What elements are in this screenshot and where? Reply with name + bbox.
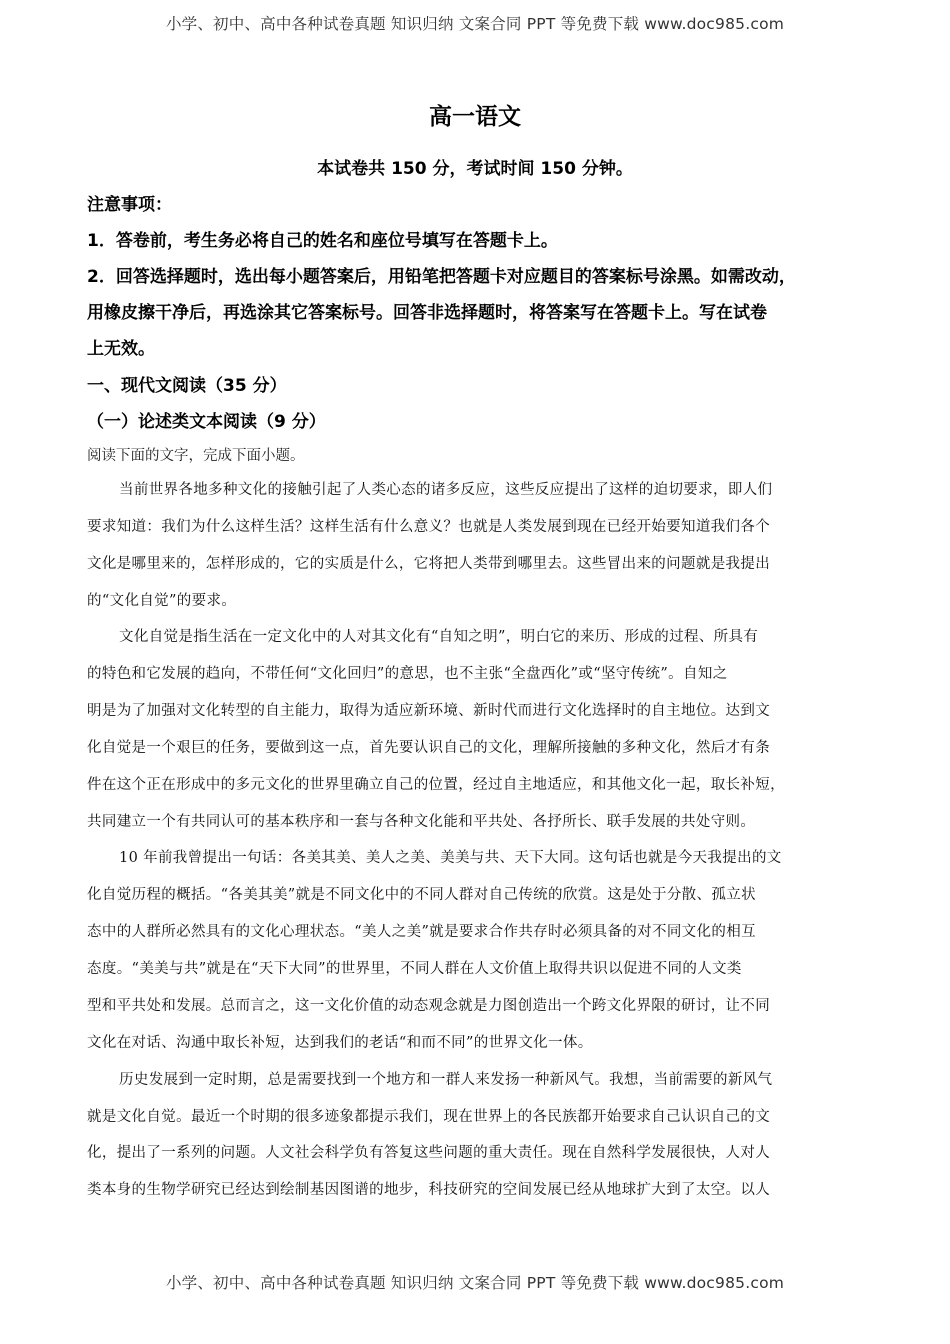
passage-line: 件在这个正在形成中的多元文化的世界里确立自己的位置，经过自主地适应，和其他文化一… [87,773,863,794]
passage-line: 就是文化自觉。最近一个时期的很多迹象都提示我们，现在世界上的各民族都开始要求自己… [87,1105,863,1126]
subsection-title: （一）论述类文本阅读（9 分） [87,407,326,432]
site-banner-top: 小学、初中、高中各种试卷真题 知识归纳 文案合同 PPT 等免费下载 www.d… [0,12,950,34]
passage-line: 共同建立一个有共同认可的基本秩序和一套与各种文化能和平共处、各抒所长、联手发展的… [87,810,863,831]
passage-line: 文化是哪里来的，怎样形成的，它的实质是什么，它将把人类带到哪里去。这些冒出来的问… [87,552,863,573]
page-title: 高一语文 [87,98,863,131]
section-title: 一、现代文阅读（35 分） [87,371,287,396]
notice-item: 2．回答选择题时，选出每小题答案后，用铅笔把答题卡对应题目的答案标号涂黑。如需改… [87,262,877,287]
notice-heading: 注意事项： [87,190,172,215]
passage-line: 的特色和它发展的趋向，不带任何“文化回归”的意思，也不主张“全盘西化”或“坚守传… [87,662,863,683]
notice-item: 上无效。 [87,334,877,359]
passage-line: 文化在对话、沟通中取长补短，达到我们的老话“和而不同”的世界文化一体。 [87,1031,863,1052]
passage-line: 化自觉历程的概括。“各美其美”就是不同文化中的不同人群对自己传统的欣赏。这是处于… [87,883,863,904]
passage-line: 历史发展到一定时期，总是需要找到一个地方和一群人来发扬一种新风气。我想，当前需要… [119,1068,895,1089]
passage-line: 态中的人群所必然具有的文化心理状态。“美人之美”就是要求合作共存时必须具备的对不… [87,920,863,941]
passage-line: 10 年前我曾提出一句话：各美其美、美人之美、美美与共、天下大同。这句话也就是今… [119,846,895,867]
site-banner-bottom: 小学、初中、高中各种试卷真题 知识归纳 文案合同 PPT 等免费下载 www.d… [0,1271,950,1293]
passage-line: 化自觉是一个艰巨的任务，要做到这一点，首先要认识自己的文化，理解所接触的多种文化… [87,736,863,757]
passage-line: 要求知道：我们为什么这样生活？这样生活有什么意义？也就是人类发展到现在已经开始要… [87,515,863,536]
passage-line: 当前世界各地多种文化的接触引起了人类心态的诸多反应，这些反应提出了这样的迫切要求… [119,478,895,499]
passage-line: 化，提出了一系列的问题。人文社会科学负有答复这些问题的重大责任。现在自然科学发展… [87,1141,863,1162]
notice-item: 用橡皮擦干净后，再选涂其它答案标号。回答非选择题时，将答案写在答题卡上。写在试卷 [87,298,877,323]
passage-line: 型和平共处和发展。总而言之，这一文化价值的动态观念就是力图创造出一个跨文化界限的… [87,994,863,1015]
reading-instruction: 阅读下面的文字，完成下面小题。 [87,444,305,465]
passage-line: 的“文化自觉”的要求。 [87,589,863,610]
notice-item: 1．答卷前，考生务必将自己的姓名和座位号填写在答题卡上。 [87,226,877,251]
passage-line: 文化自觉是指生活在一定文化中的人对其文化有“自知之明”，明白它的来历、形成的过程… [119,625,895,646]
passage-line: 明是为了加强对文化转型的自主能力，取得为适应新环境、新时代而进行文化选择时的自主… [87,699,863,720]
passage-line: 态度。“美美与共”就是在“天下大同”的世界里，不同人群在人文价值上取得共识以促进… [87,957,863,978]
passage-line: 类本身的生物学研究已经达到绘制基因图谱的地步，科技研究的空间发展已经从地球扩大到… [87,1178,863,1199]
exam-info: 本试卷共 150 分，考试时间 150 分钟。 [87,154,863,179]
